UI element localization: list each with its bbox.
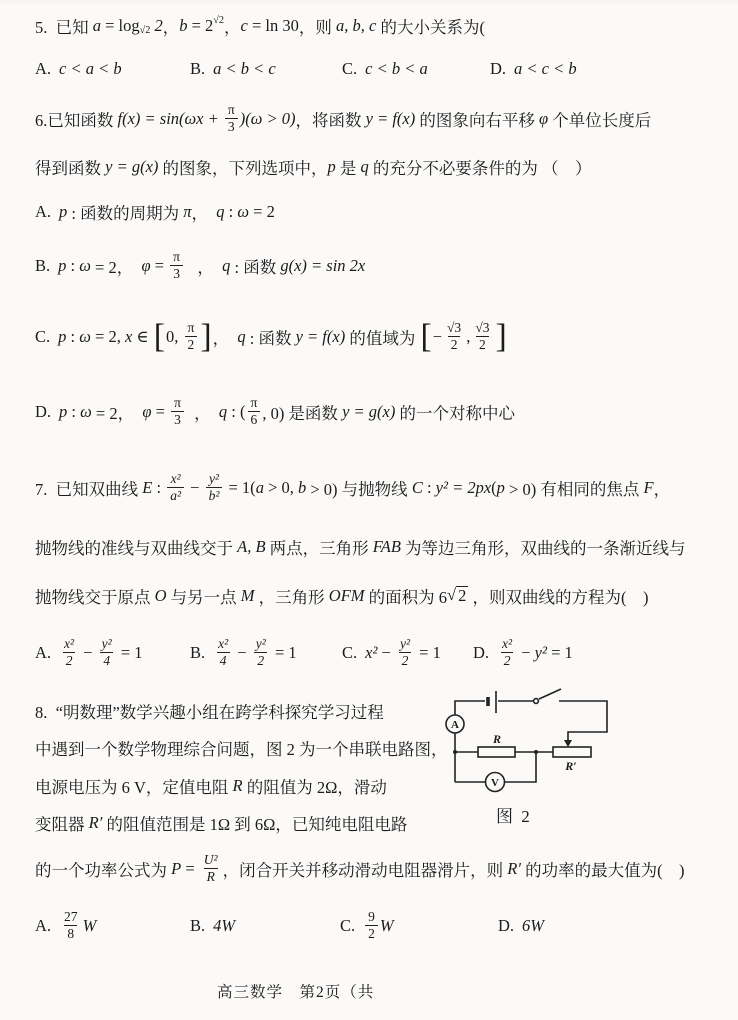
text-run: , 0) 是函数 [262, 400, 342, 424]
option-value: 92W [363, 910, 394, 942]
math-run: a, b, c [336, 16, 376, 36]
q7-option-c: C.x² − y²2 = 1 [342, 629, 441, 677]
q5-option-b: B.a < b < c [190, 56, 276, 82]
q6-option-b-row: B.p : ω = 2， φ = π3 ， q : 函数 g(x) = sin … [35, 242, 365, 290]
rheostat-label: R′ [564, 759, 576, 773]
text-run: = 1 [117, 643, 143, 663]
text-run: ，将函数 [296, 107, 366, 131]
text-run: ∈ [132, 327, 152, 347]
q8-line5: 的一个功率公式为 P = U²R，闭合开关并移动滑动电阻器滑片，则 R′ 的功率… [35, 845, 685, 893]
math-run: a < c < b [514, 59, 577, 79]
text-run: : ( [227, 402, 245, 422]
denominator: 2 [448, 336, 461, 353]
math-run: p [497, 478, 505, 498]
q7-option-b: B.x²4 − y²2 = 1 [190, 629, 297, 677]
option-label: D. [35, 402, 51, 422]
text-run: 为等边三角形，双曲线的一条渐近线与 [401, 535, 686, 559]
text-run: 5. 已知 [35, 14, 93, 38]
fraction: x²2 [499, 637, 515, 669]
text-run: 0, [166, 327, 183, 347]
math-run: a [93, 16, 101, 36]
fraction: π6 [247, 396, 260, 428]
text-run: 的图象，下列选项中， [158, 155, 327, 179]
math-run: a < b < c [213, 59, 276, 79]
wire-top-left [455, 701, 485, 715]
q7-line1: 7. 已知双曲线 E : x²a² − y²b² = 1(a > 0, b > … [35, 462, 670, 514]
fraction: π3 [171, 396, 184, 428]
numerator: x² [215, 637, 231, 652]
q5-options-row: A.c < a < b B.a < b < c C.c < b < a D.a … [0, 56, 738, 82]
text-run: = 1( [224, 478, 255, 498]
math-run: p [58, 256, 66, 276]
math-run: q [219, 402, 227, 422]
denominator: 3 [171, 411, 184, 428]
page-footer: 高三数学 第2页（共 [217, 981, 374, 1001]
numerator: 27 [61, 910, 81, 925]
option-value: 6W [522, 916, 544, 936]
text-run: = [151, 256, 169, 276]
option-value: p : ω = 2， φ = π3 ， q : (π6, 0) 是函数 y = … [59, 396, 515, 428]
numerator: x² [168, 472, 184, 487]
denominator: 8 [64, 925, 77, 942]
fraction: x²a² [167, 472, 184, 504]
q8-line1: 8. “明数理”数学兴趣小组在跨学科探究学习过程 [35, 698, 384, 724]
numerator: π [170, 250, 183, 265]
switch-pivot [534, 699, 539, 704]
text-run: 7. 已知双曲线 [35, 476, 142, 500]
q7-options-row: A.x²2 − y²4 = 1 B.x²4 − y²2 = 1 C.x² − y… [0, 629, 738, 677]
math-run: E [142, 478, 152, 498]
math-run: φ [141, 256, 150, 276]
text-run: − [377, 643, 395, 663]
option-label: C. [35, 327, 50, 347]
denominator: 2 [63, 652, 76, 669]
q8-options-row: A.278W B.4W C.92W D.6W [0, 902, 738, 950]
math-run: 2 [150, 16, 162, 36]
option-label: A. [35, 59, 51, 79]
math-run: ω [79, 327, 91, 347]
text-run: = 2 [187, 16, 213, 36]
math-run: p [59, 202, 67, 222]
denominator: 2 [254, 652, 267, 669]
math-run: π [183, 202, 191, 222]
denominator: 4 [217, 652, 230, 669]
text-run: ， [213, 325, 238, 349]
text-run: 两点，三角形 [266, 535, 373, 559]
option-label: D. [498, 916, 514, 936]
text-run: − [186, 478, 204, 498]
q6-option-d-row: D.p : ω = 2， φ = π3 ， q : (π6, 0) 是函数 y … [35, 388, 515, 436]
text-run: = 1 [547, 643, 573, 663]
text-run: 的图象向右平移 [415, 107, 539, 131]
resistor-label: R [492, 732, 501, 746]
denominator: R [204, 868, 218, 885]
math-run: c < a < b [59, 59, 122, 79]
fraction: √32 [472, 321, 492, 353]
text-run: : [225, 202, 238, 222]
text-run: : [67, 402, 80, 422]
option-label: C. [340, 916, 355, 936]
numerator: π [185, 321, 198, 336]
math-run: R′ [507, 859, 521, 879]
text-run: : [66, 327, 79, 347]
text-run: ， [163, 14, 180, 38]
math-run: F [643, 478, 653, 498]
denominator: 4 [100, 652, 113, 669]
denominator: 2 [399, 652, 412, 669]
text-run: 8. “明数理”数学兴趣小组在跨学科探究学习过程 [35, 699, 384, 723]
text-run: − [433, 327, 442, 347]
text-run: : [66, 256, 79, 276]
text-run: : 函数 [246, 325, 296, 349]
exam-page: 5. 已知 a = log√2 2，b = 2√2，c = ln 30，则 a,… [0, 0, 738, 1020]
text-run: 的面积为 6 [365, 584, 448, 608]
math-run: ω [80, 402, 92, 422]
math-run: y = f(x) [366, 109, 416, 129]
fraction: 278 [61, 910, 81, 942]
math-run: p [59, 402, 67, 422]
text-run: 电源电压为 6 V，定值电阻 [35, 774, 233, 798]
math-run: C [412, 478, 423, 498]
fraction: π3 [170, 250, 183, 282]
text-run: ， [192, 200, 217, 224]
option-label: C. [342, 643, 357, 663]
sqrt: √2 [447, 586, 468, 606]
text-run: = log [101, 16, 140, 36]
fraction: U²R [201, 853, 221, 885]
text-run: 的功率的最大值为( ) [521, 857, 685, 881]
option-value: c < a < b [59, 59, 122, 79]
option-value: 4W [213, 916, 235, 936]
text-run: 抛物线交于原点 [35, 584, 155, 608]
q6-option-a-row: A.p : 函数的周期为 π， q : ω = 2 [35, 199, 275, 225]
text-run: 的一个对称中心 [395, 400, 515, 424]
text-run: = 2， [91, 254, 142, 278]
denominator: 3 [225, 118, 238, 135]
math-run: φ [539, 109, 548, 129]
text-run: 得到函数 [35, 155, 105, 179]
text-run: ，则双曲线的方程为( ) [468, 584, 648, 608]
numerator: x² [61, 637, 77, 652]
text-run: > 0) 与抛物线 [306, 476, 412, 500]
option-label: A. [35, 202, 51, 222]
math-run: f(x) = sin(ωx + [118, 109, 223, 129]
math-run: c < b < a [365, 59, 428, 79]
fraction: y²4 [99, 637, 115, 669]
numerator: y² [397, 637, 413, 652]
q5-option-c: C.c < b < a [342, 56, 428, 82]
math-run: q [222, 256, 230, 276]
text-run: = [181, 859, 199, 879]
math-run: A, B [237, 537, 265, 557]
text-run: > 0) 有相同的焦点 [505, 476, 644, 500]
option-label: B. [190, 643, 205, 663]
text-run: 的一个功率公式为 [35, 857, 171, 881]
option-value: x²4 − y²2 = 1 [213, 637, 297, 669]
fraction: x²4 [215, 637, 231, 669]
numerator: π [247, 396, 260, 411]
denominator: 2 [501, 652, 514, 669]
fraction: y²2 [397, 637, 413, 669]
math-run: a [256, 478, 264, 498]
q6-option-c-row: C.p : ω = 2, x ∈ [0, π2]， q : 函数 y = f(x… [35, 307, 508, 367]
math-run: y = g(x) [342, 402, 395, 422]
option-label: B. [190, 59, 205, 79]
denominator: a² [167, 487, 184, 504]
resistor-box [478, 747, 515, 757]
option-value: a < b < c [213, 59, 276, 79]
math-run: 6W [522, 916, 544, 936]
option-label: D. [473, 643, 489, 663]
radicand: 2 [456, 586, 468, 606]
text-run: 的大小关系为( [376, 14, 485, 38]
option-value: p : ω = 2, x ∈ [0, π2]， q : 函数 y = f(x) … [58, 321, 508, 353]
text-run: 变阻器 [35, 811, 89, 835]
numerator: x² [499, 637, 515, 652]
text-run: − [79, 643, 97, 663]
text-run: 个单位长度后 [548, 107, 651, 131]
wire-top-right [559, 701, 607, 740]
option-label: D. [490, 59, 506, 79]
option-value: x²2 − y² = 1 [497, 637, 573, 669]
option-label: A. [35, 643, 51, 663]
superscript: √2 [213, 15, 224, 26]
text-run: ， [186, 400, 219, 424]
text-run: : 函数的周期为 [67, 200, 183, 224]
option-value: p : ω = 2， φ = π3 ， q : 函数 g(x) = sin 2x [58, 250, 365, 282]
denominator: b² [206, 487, 223, 504]
text-run: : 函数 [230, 254, 280, 278]
radical-sign: √ [447, 586, 456, 603]
math-run: q [216, 202, 224, 222]
text-run: − [517, 643, 535, 663]
q8-option-c: C.92W [340, 902, 394, 950]
text-run: > 0, [264, 478, 298, 498]
text-run: 6.已知函数 [35, 107, 118, 131]
numerator: π [171, 396, 184, 411]
fraction: y²2 [253, 637, 269, 669]
q6-line2: 得到函数 y = g(x) 的图象，下列选项中，p 是 q 的充分不必要条件的为… [35, 154, 592, 180]
math-run: ω [79, 256, 91, 276]
denominator: 3 [170, 265, 183, 282]
math-run: R [233, 776, 243, 796]
fraction: π2 [185, 321, 198, 353]
denominator: 6 [248, 411, 261, 428]
q8-option-b: B.4W [190, 902, 235, 950]
node-left [453, 750, 457, 754]
text-run: ，三角形 [255, 584, 329, 608]
math-run: b [298, 478, 306, 498]
text-run: 抛物线的准线与双曲线交于 [35, 535, 237, 559]
math-run: p [58, 327, 66, 347]
option-label: C. [342, 59, 357, 79]
circuit-diagram: A V R R′ [440, 686, 640, 804]
q7-option-d: D.x²2 − y² = 1 [473, 629, 573, 677]
voltmeter-label: V [491, 777, 499, 789]
q5-line1: 5. 已知 a = log√2 2，b = 2√2，c = ln 30，则 a,… [35, 11, 485, 41]
math-run: 4W [213, 916, 235, 936]
text-run: , [466, 327, 470, 347]
math-run: O [155, 586, 167, 606]
math-run: p [328, 157, 336, 177]
q6-line1: 6.已知函数 f(x) = sin(ωx + π3)(ω > 0)，将函数 y … [35, 96, 651, 142]
text-run: − [233, 643, 251, 663]
text-run: 与另一点 [167, 584, 241, 608]
numerator: U² [201, 853, 221, 868]
text-run: 的阻值范围是 1Ω 到 6Ω，已知纯电阻电路 [102, 811, 407, 835]
math-run: x² [365, 643, 377, 663]
text-run: ，闭合开关并移动滑动电阻器滑片，则 [223, 857, 508, 881]
math-run: P [171, 859, 181, 879]
text-run: 中遇到一个数学物理综合问题，图 2 为一个串联电路图， [35, 736, 448, 760]
math-run: x [125, 327, 132, 347]
math-run: y² = 2px [436, 478, 491, 498]
text-run: = 2， [92, 400, 143, 424]
numerator: y² [253, 637, 269, 652]
fraction: 92 [365, 910, 378, 942]
switch-lever [539, 689, 561, 699]
math-run: ω [237, 202, 249, 222]
math-run: g(x) = sin 2x [280, 256, 365, 276]
option-label: B. [190, 916, 205, 936]
math-run: q [361, 157, 369, 177]
denominator: 2 [365, 925, 378, 942]
text-run: 是 [336, 155, 361, 179]
numerator: √3 [444, 321, 464, 336]
q5-option-d: D.a < c < b [490, 56, 577, 82]
text-run: = ln 30 [248, 16, 299, 36]
rheostat-box [553, 747, 591, 757]
math-run: M [241, 586, 255, 606]
text-run: ， [224, 14, 241, 38]
option-value: p : 函数的周期为 π， q : ω = 2 [59, 200, 275, 224]
q8-option-d: D.6W [498, 902, 544, 950]
text-run: : [152, 478, 165, 498]
q8-line3: 电源电压为 6 V，定值电阻 R 的阻值为 2Ω，滑动 [35, 773, 387, 799]
math-run: q [237, 327, 245, 347]
subscript: √2 [140, 25, 151, 36]
text-run: = 1 [271, 643, 297, 663]
q7-option-a: A.x²2 − y²4 = 1 [35, 629, 143, 677]
ammeter-label: A [451, 719, 459, 731]
option-value: x²2 − y²4 = 1 [59, 637, 143, 669]
text-run: ，则 [299, 14, 336, 38]
text-run: = 2 [249, 202, 275, 222]
figure-caption: 图 2 [496, 803, 532, 825]
text-run: = 1 [415, 643, 441, 663]
q8-line2: 中遇到一个数学物理综合问题，图 2 为一个串联电路图， [35, 735, 448, 761]
math-run: y = f(x) [296, 327, 346, 347]
q7-line2: 抛物线的准线与双曲线交于 A, B 两点，三角形 FAB 为等边三角形，双曲线的… [35, 534, 686, 560]
option-value: x² − y²2 = 1 [365, 637, 441, 669]
numerator: π [225, 103, 238, 118]
q8-option-a: A.278W [35, 902, 96, 950]
q8-line4: 变阻器 R′ 的阻值范围是 1Ω 到 6Ω，已知纯电阻电路 [35, 810, 407, 836]
fraction: √32 [444, 321, 464, 353]
option-label: B. [35, 256, 50, 276]
fraction: x²2 [61, 637, 77, 669]
math-run: φ [142, 402, 151, 422]
fraction: π3 [225, 103, 238, 135]
option-value: 278W [59, 910, 96, 942]
math-run: FAB [373, 537, 401, 557]
text-run: : [423, 478, 436, 498]
math-run: W [83, 916, 97, 936]
fraction: y²b² [206, 472, 223, 504]
numerator: y² [99, 637, 115, 652]
option-value: a < c < b [514, 59, 577, 79]
text-run: ， [185, 254, 222, 278]
option-label: A. [35, 916, 51, 936]
math-run: OFM [329, 586, 365, 606]
text-run: 的充分不必要条件的为 （ ） [369, 155, 592, 179]
text-run: 的值域为 [345, 325, 419, 349]
slider-arrow [564, 740, 572, 747]
q5-option-a: A.c < a < b [35, 56, 122, 82]
numerator: y² [206, 472, 222, 487]
math-run: W [380, 916, 394, 936]
text-run: = 2, [91, 327, 125, 347]
math-run: R′ [89, 813, 103, 833]
text-run: ， [654, 476, 671, 500]
denominator: 2 [476, 336, 489, 353]
option-value: c < b < a [365, 59, 428, 79]
numerator: √3 [472, 321, 492, 336]
math-run: )(ω > 0) [240, 109, 296, 129]
math-run: b [179, 16, 187, 36]
math-run: y² [535, 643, 547, 663]
text-run: 的阻值为 2Ω，滑动 [243, 774, 387, 798]
q7-line3: 抛物线交于原点 O 与另一点 M ，三角形 OFM 的面积为 6√2 ，则双曲线… [35, 581, 648, 611]
text-run: = [152, 402, 170, 422]
denominator: 2 [185, 336, 198, 353]
math-run: c [241, 16, 248, 36]
math-run: y = g(x) [105, 157, 158, 177]
numerator: 9 [365, 910, 378, 925]
